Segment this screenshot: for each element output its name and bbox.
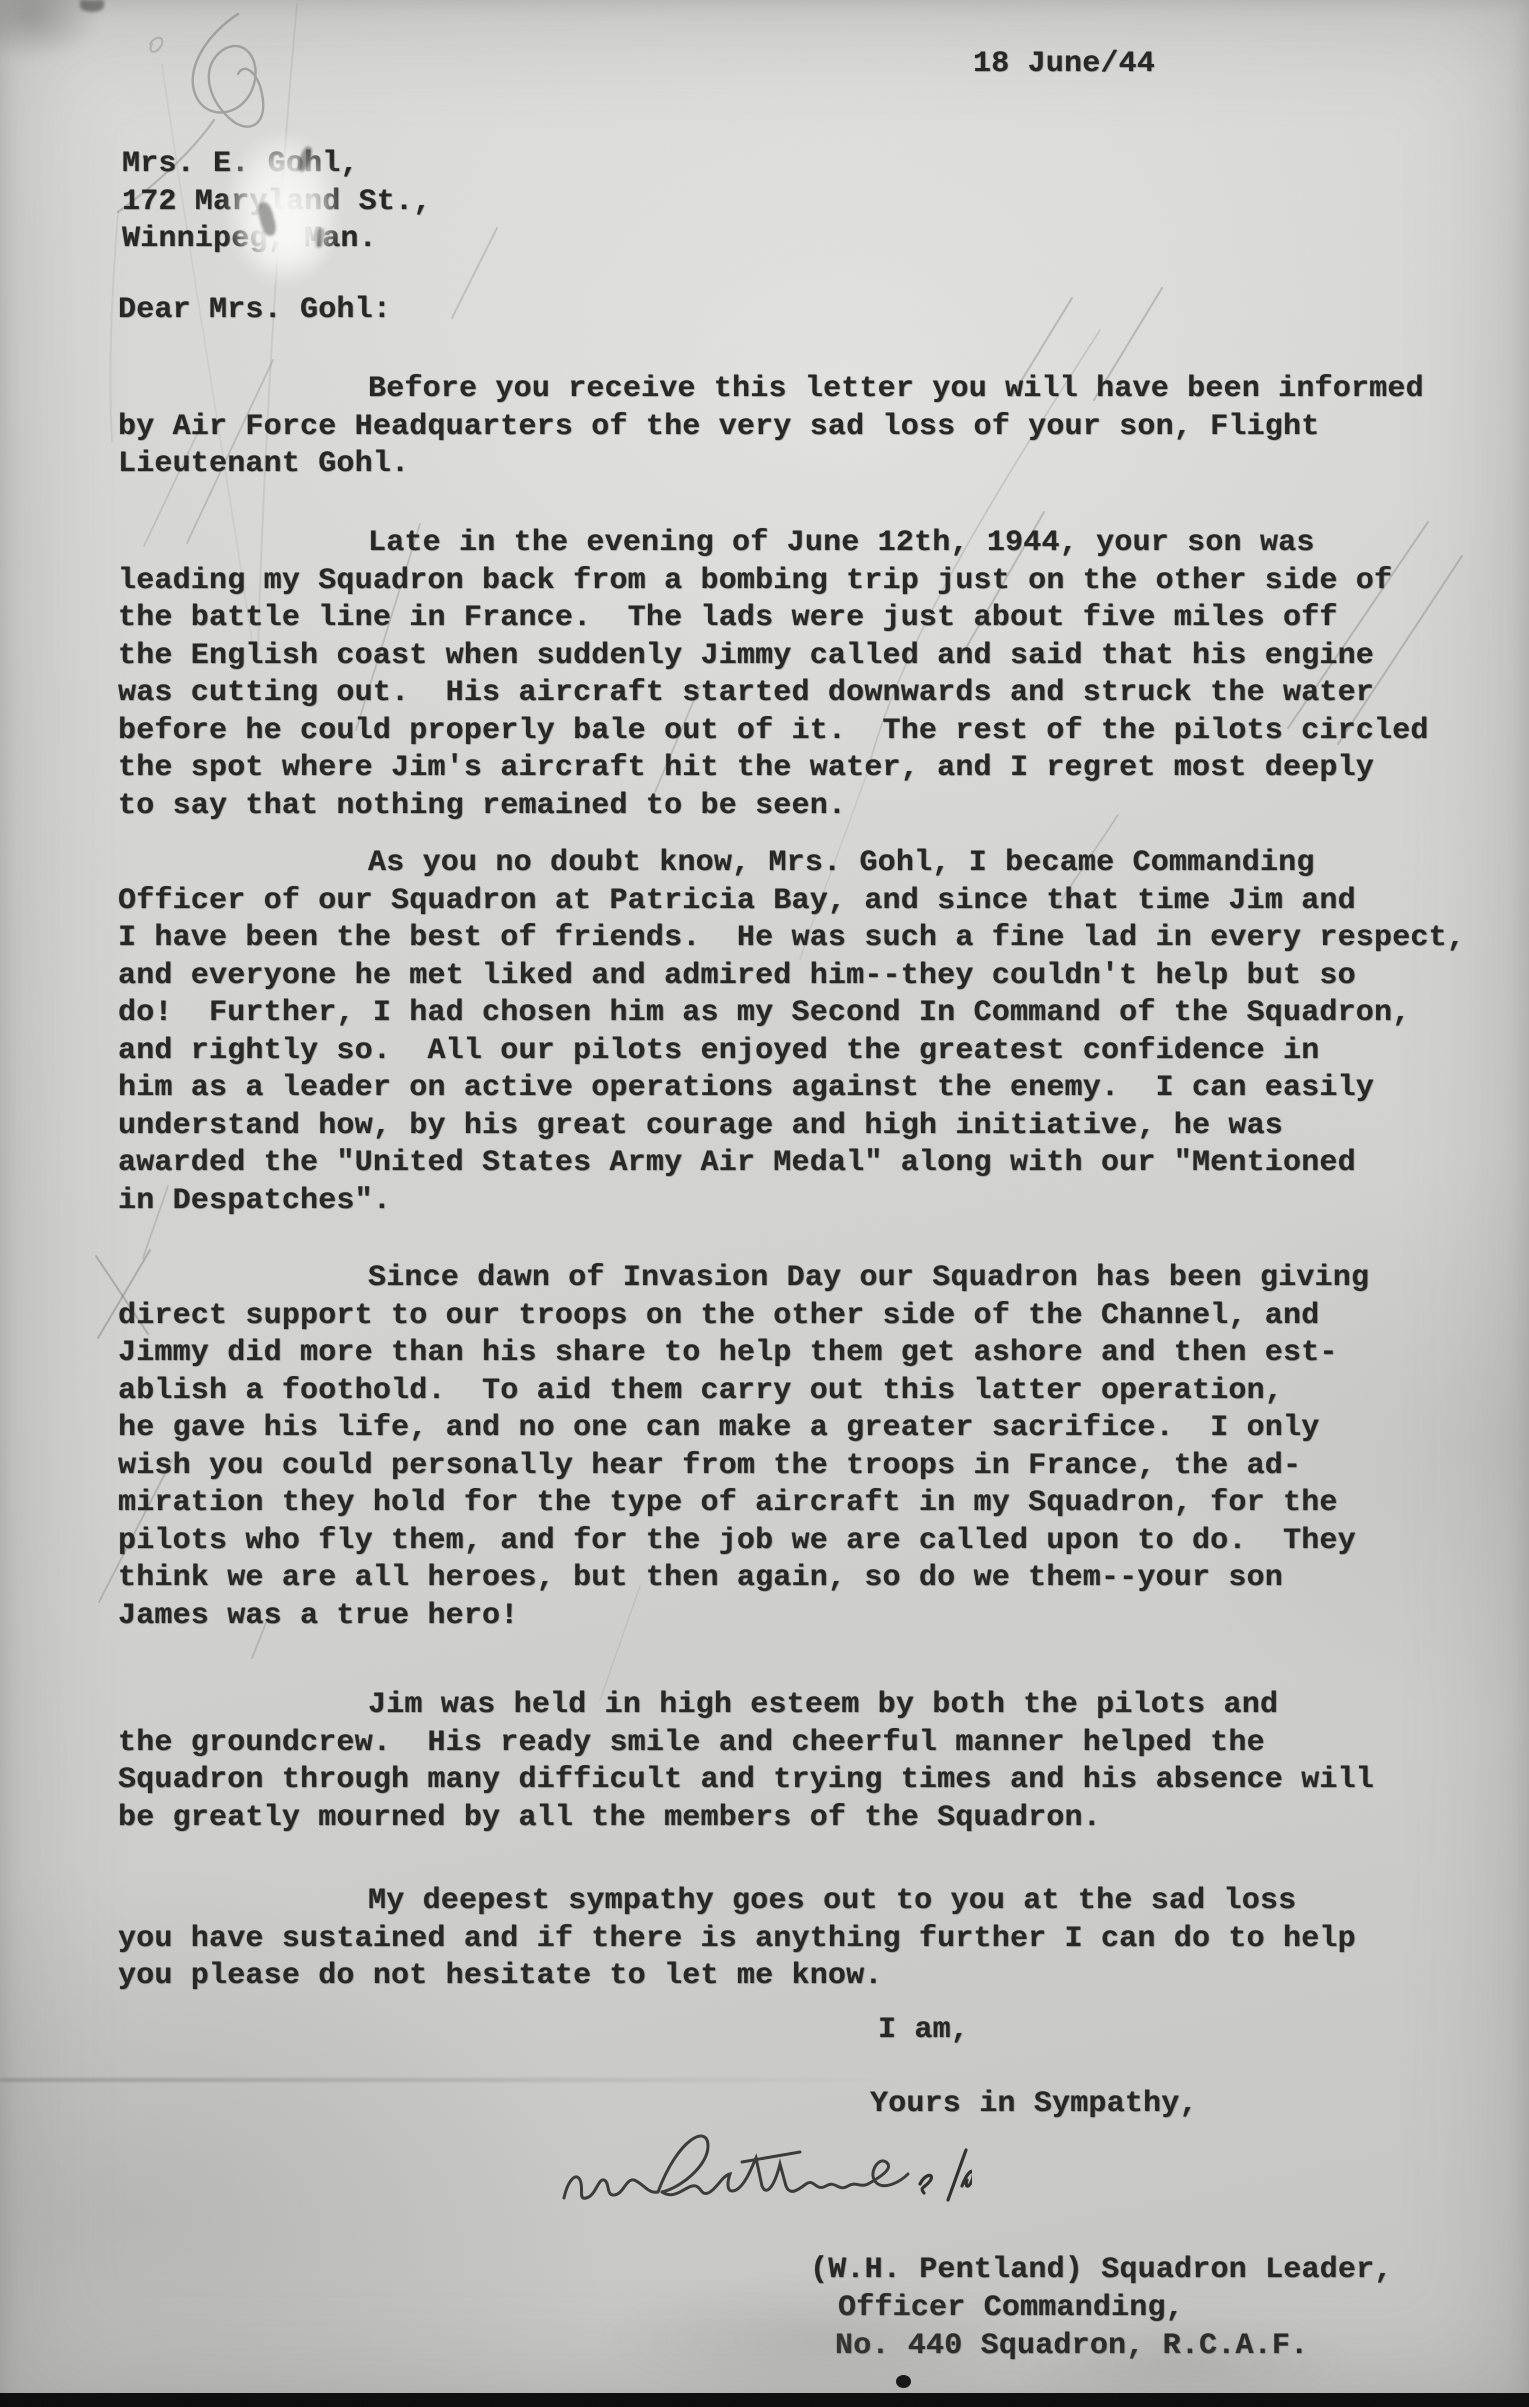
text-line: and rightly so. All our pilots enjoyed t… <box>118 1033 1465 1071</box>
ink-dot <box>896 2375 911 2388</box>
text-line: understand how, by his great courage and… <box>118 1108 1465 1146</box>
text-line: think we are all heroes, but then again,… <box>118 1560 1369 1598</box>
text-line: the spot where Jim's aircraft hit the wa… <box>118 750 1429 788</box>
scan-edge-bar <box>0 2393 1529 2407</box>
text-line: he gave his life, and no one can make a … <box>118 1410 1369 1448</box>
text-line: Officer of our Squadron at Patricia Bay,… <box>118 883 1465 921</box>
text-line: the groundcrew. His ready smile and chee… <box>118 1725 1374 1763</box>
fold-crease <box>0 2078 885 2082</box>
text-line: Lieutenant Gohl. <box>118 446 1424 484</box>
text-line: you please do not hesitate to let me kno… <box>118 1958 1356 1996</box>
paragraph-2: Late in the evening of June 12th, 1944, … <box>118 525 1429 825</box>
handwritten-signature <box>552 2122 972 2242</box>
text-line: you have sustained and if there is anyth… <box>118 1921 1356 1959</box>
closing-i-am: I am, <box>878 2012 969 2050</box>
signature-rank-strokes <box>920 2150 972 2200</box>
text-line: wish you could personally hear from the … <box>118 1448 1369 1486</box>
signed-role: Officer Commanding, <box>838 2290 1184 2328</box>
text-line: awarded the "United States Army Air Meda… <box>118 1145 1465 1183</box>
text-line: miration they hold for the type of aircr… <box>118 1485 1369 1523</box>
signature-block-line-1: (W.H. Pentland) Squadron Leader, <box>810 2252 1393 2290</box>
paragraph-5: Jim was held in high esteem by both the … <box>118 1687 1374 1837</box>
text-line: direct support to our troops on the othe… <box>118 1298 1369 1336</box>
text-line: in Despatches". <box>118 1183 1465 1221</box>
closing-valediction: Yours in Sympathy, <box>870 2086 1198 2124</box>
salutation: Dear Mrs. Gohl: <box>118 292 391 330</box>
text-line: pilots who fly them, and for the job we … <box>118 1523 1369 1561</box>
text-line: be greatly mourned by all the members of… <box>118 1800 1374 1838</box>
signature-block-line-2: Officer Commanding, <box>838 2290 1184 2328</box>
pencil-scribble <box>193 14 264 127</box>
signed-unit: No. 440 Squadron, R.C.A.F. <box>835 2328 1308 2366</box>
text-line: by Air Force Headquarters of the very sa… <box>118 409 1424 447</box>
closing-valediction-text: Yours in Sympathy, <box>870 2086 1198 2124</box>
letter-date: 18 June/44 <box>973 46 1155 84</box>
paragraph-4: Since dawn of Invasion Day our Squadron … <box>118 1260 1369 1635</box>
text-line: My deepest sympathy goes out to you at t… <box>118 1883 1356 1921</box>
text-line: Squadron through many difficult and tryi… <box>118 1762 1374 1800</box>
text-line: and everyone he met liked and admired hi… <box>118 958 1465 996</box>
text-line: I have been the best of friends. He was … <box>118 920 1465 958</box>
signature-block-line-3: No. 440 Squadron, R.C.A.F. <box>835 2328 1308 2366</box>
text-line: Late in the evening of June 12th, 1944, … <box>118 525 1429 563</box>
paragraph-3: As you no doubt know, Mrs. Gohl, I becam… <box>118 845 1465 1220</box>
paragraph-6: My deepest sympathy goes out to you at t… <box>118 1883 1356 1996</box>
paragraph-1: Before you receive this letter you will … <box>118 371 1424 484</box>
text-line: do! Further, I had chosen him as my Seco… <box>118 995 1465 1033</box>
text-line: before he could properly bale out of it.… <box>118 713 1429 751</box>
text-line: the English coast when suddenly Jimmy ca… <box>118 638 1429 676</box>
text-line: Jimmy did more than his share to help th… <box>118 1335 1369 1373</box>
salutation-text: Dear Mrs. Gohl: <box>118 292 391 330</box>
text-line: leading my Squadron back from a bombing … <box>118 563 1429 601</box>
text-line: James was a true hero! <box>118 1598 1369 1636</box>
closing-i-am-text: I am, <box>878 2012 969 2050</box>
text-line: the battle line in France. The lads were… <box>118 600 1429 638</box>
text-line: Jim was held in high esteem by both the … <box>118 1687 1374 1725</box>
text-line: Since dawn of Invasion Day our Squadron … <box>118 1260 1369 1298</box>
scanned-letter-page: 18 June/44 Mrs. E. Gohl,172 Maryland St.… <box>0 0 1529 2407</box>
text-line: ablish a foothold. To aid them carry out… <box>118 1373 1369 1411</box>
edge-mark <box>80 0 104 12</box>
text-line: As you no doubt know, Mrs. Gohl, I becam… <box>118 845 1465 883</box>
text-line: was cutting out. His aircraft started do… <box>118 675 1429 713</box>
text-line: Before you receive this letter you will … <box>118 371 1424 409</box>
signed-name-title: (W.H. Pentland) Squadron Leader, <box>810 2252 1393 2290</box>
text-line: him as a leader on active operations aga… <box>118 1070 1465 1108</box>
date-text: 18 June/44 <box>973 46 1155 84</box>
text-line: to say that nothing remained to be seen. <box>118 788 1429 826</box>
